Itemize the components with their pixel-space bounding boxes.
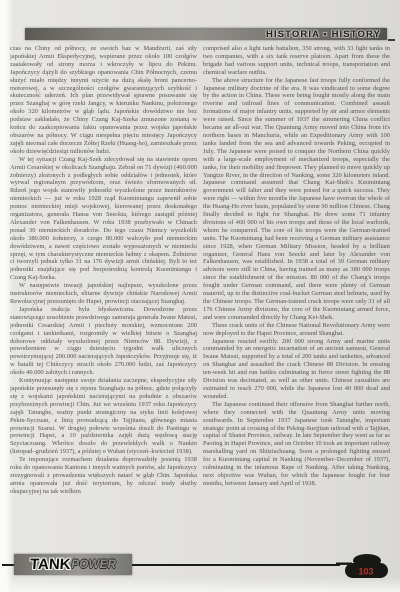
right-column-english-text: comprised also a light tank battalion, 3… [203,45,390,552]
footer-rule-right [132,564,340,566]
section-header-bar: HISTORIA • HISTORY [25,28,387,40]
section-header-label: HISTORIA • HISTORY [266,29,381,40]
header-tail-line [388,39,395,41]
paragraph: czas na Chiny od północy, ze swoich baz … [10,45,197,156]
paragraph: comprised also a light tank battalion, 3… [203,45,390,77]
paragraph: Japanese reacted swiftly. 200 000 strong… [203,338,390,401]
tankpower-logo: TANKPOWER [14,554,132,575]
paragraph: Kontynuując następnie swoje działania za… [10,377,197,456]
paragraph: Te imponujące rozmachem działania doprow… [10,456,197,496]
tank-icon: 103 [336,549,390,582]
paragraph: W następstwie inwazji japońskiej najleps… [10,282,197,306]
paragraph: These crack units of the Chinese Nationa… [203,322,390,338]
logo-tank-text: TANK [29,556,71,573]
paragraph: Japońska reakcja była błyskawiczna. Dowo… [10,306,197,377]
page-number: 103 [358,567,373,577]
logo-power-text: POWER [71,559,116,571]
left-column-polish-text: czas na Chiny od północy, ze swoich baz … [10,45,197,552]
paragraph: The above structure for the Japanese fas… [203,77,390,322]
tank-silhouette-icon: 103 [336,549,390,582]
scanned-book-page: HISTORIA • HISTORY czas na Chiny od półn… [0,0,400,592]
paragraph: W tej sytuacji Czang Kaj-Szek zdecydował… [10,156,197,283]
paragraph: The Japanese continued their offensive f… [203,401,390,488]
